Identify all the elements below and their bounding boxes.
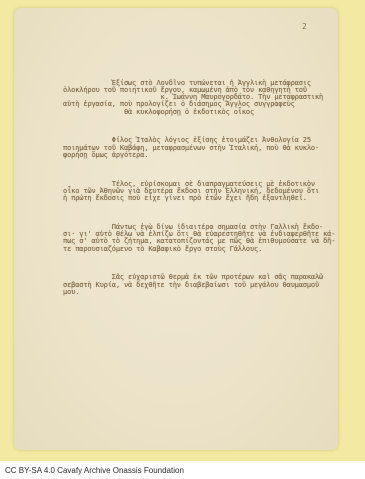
paragraph-5: Σᾶς εὐχαριστῶ θερμὰ ἐκ τῶν προτέρων καὶ … [63, 274, 339, 296]
paragraph-2: Φίλος Ἰταλὸς λόγιος ἐξίσης ἑτοιμάζει Ἀνθ… [63, 137, 339, 159]
letter-body: Ἐξίσως στὸ Λονδῖνο τυπώνεται ἡ Ἀγγλικὴ μ… [63, 65, 339, 318]
page-number: 2 [302, 22, 307, 31]
paragraph-4: Πάντως ἐγὼ δίνω ἰδιαιτέρα σημασία στὴν Γ… [63, 224, 339, 253]
letter-page: 2 Ἐξίσως στὸ Λονδῖνο τυπώνεται ἡ Ἀγγλικὴ… [14, 8, 338, 450]
scan-background: 2 Ἐξίσως στὸ Λονδῖνο τυπώνεται ἡ Ἀγγλικὴ… [0, 0, 365, 479]
paragraph-3: Τέλος, εὑρίσκομαι σὲ διαπραγματεύσεις μὲ… [63, 181, 339, 203]
paragraph-1: Ἐξίσως στὸ Λονδῖνο τυπώνεται ἡ Ἀγγλικὴ μ… [63, 80, 339, 116]
license-text: CC BY-SA 4.0 Cavafy Archive Onassis Foun… [5, 466, 184, 475]
attribution-bar: CC BY-SA 4.0 Cavafy Archive Onassis Foun… [0, 461, 365, 479]
